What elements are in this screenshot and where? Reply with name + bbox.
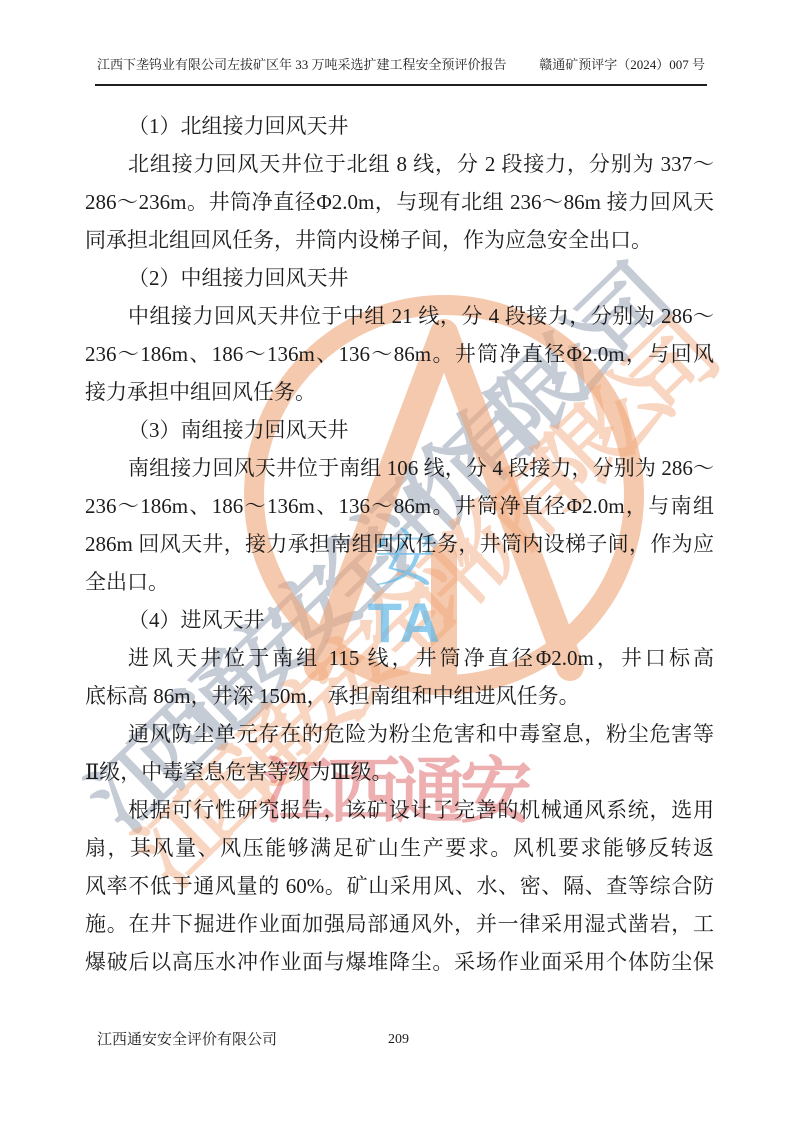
body-line: 236～186m、186～136m、136～86m。井筒净直径Φ2.0m，与南组… (85, 487, 714, 525)
header-document-code: 赣通矿预评字（2024）007 号 (539, 55, 705, 75)
body-line: Ⅱ级，中毒窒息危害等级为Ⅲ级。 (85, 753, 714, 791)
body-line: 通风防尘单元存在的危险为粉尘危害和中毒窒息，粉尘危害等级为 (85, 715, 714, 753)
body-text: （1）北组接力回风天井北组接力回风天井位于北组 8 线，分 2 段接力，分别为 … (85, 107, 714, 981)
body-line: 北组接力回风天井位于北组 8 线，分 2 段接力，分别为 337～286m、 (85, 145, 714, 183)
header-report-title: 江西下垄钨业有限公司左拔矿区年 33 万吨采选扩建工程安全预评价报告 (97, 55, 507, 75)
body-line: 中组接力回风天井位于中组 21 线，分 4 段接力，分别为 286～236m、 (85, 297, 714, 335)
footer-company: 江西通安安全评价有限公司 (97, 1030, 277, 1050)
body-line: 南组接力回风天井位于南组 106 线，分 4 段接力，分别为 286～236m、 (85, 449, 714, 487)
footer-page-number: 209 (388, 1031, 409, 1049)
body-line: 接力承担中组回风任务。 (85, 373, 714, 411)
body-line: 进风天井位于南组 115 线，井筒净直径Φ2.0m，井口标高 236m，井 (85, 639, 714, 677)
header-rule (95, 84, 707, 86)
body-line: 风率不低于通风量的 60%。矿山采用风、水、密、隔、查等综合防尘措 (85, 867, 714, 905)
body-line: 同承担北组回风任务，井筒内设梯子间，作为应急安全出口。 (85, 221, 714, 259)
body-line: 286m 回风天井，接力承担南组回风任务，井筒内设梯子间，作为应急安 (85, 525, 714, 563)
body-line: （4）进风天井 (85, 601, 714, 639)
body-line: 236～186m、186～136m、136～86m。井筒净直径Φ2.0m，与回风… (85, 335, 714, 373)
body-line: 底标高 86m，井深 150m，承担南组和中组进风任务。 (85, 677, 714, 715)
page-header: 江西下垄钨业有限公司左拔矿区年 33 万吨采选扩建工程安全预评价报告 赣通矿预评… (97, 55, 705, 75)
body-line: 爆破后以高压水冲作业面与爆堆降尘。采场作业面采用个体防尘保护用 (85, 943, 714, 981)
body-line: 全出口。 (85, 563, 714, 601)
report-page: 江西通安安全评价有限公司 江西通安安全评价有限公司 安 TA 江西通安 江西下垄… (0, 0, 800, 1131)
body-line: （3）南组接力回风天井 (85, 411, 714, 449)
body-line: （1）北组接力回风天井 (85, 107, 714, 145)
document-content: 江西下垄钨业有限公司左拔矿区年 33 万吨采选扩建工程安全预评价报告 赣通矿预评… (0, 0, 800, 1131)
body-line: 扇，其风量、风压能够满足矿山生产要求。风机要求能够反转返风，返 (85, 829, 714, 867)
body-line: 施。在井下掘进作业面加强局部通风外，并一律采用湿式凿岩，工作面 (85, 905, 714, 943)
body-line: 286～236m。井筒净直径Φ2.0m，与现有北组 236～86m 接力回风天井… (85, 183, 714, 221)
body-line: （2）中组接力回风天井 (85, 259, 714, 297)
body-line: 根据可行性研究报告，该矿设计了完善的机械通风系统，选用的主 (85, 791, 714, 829)
